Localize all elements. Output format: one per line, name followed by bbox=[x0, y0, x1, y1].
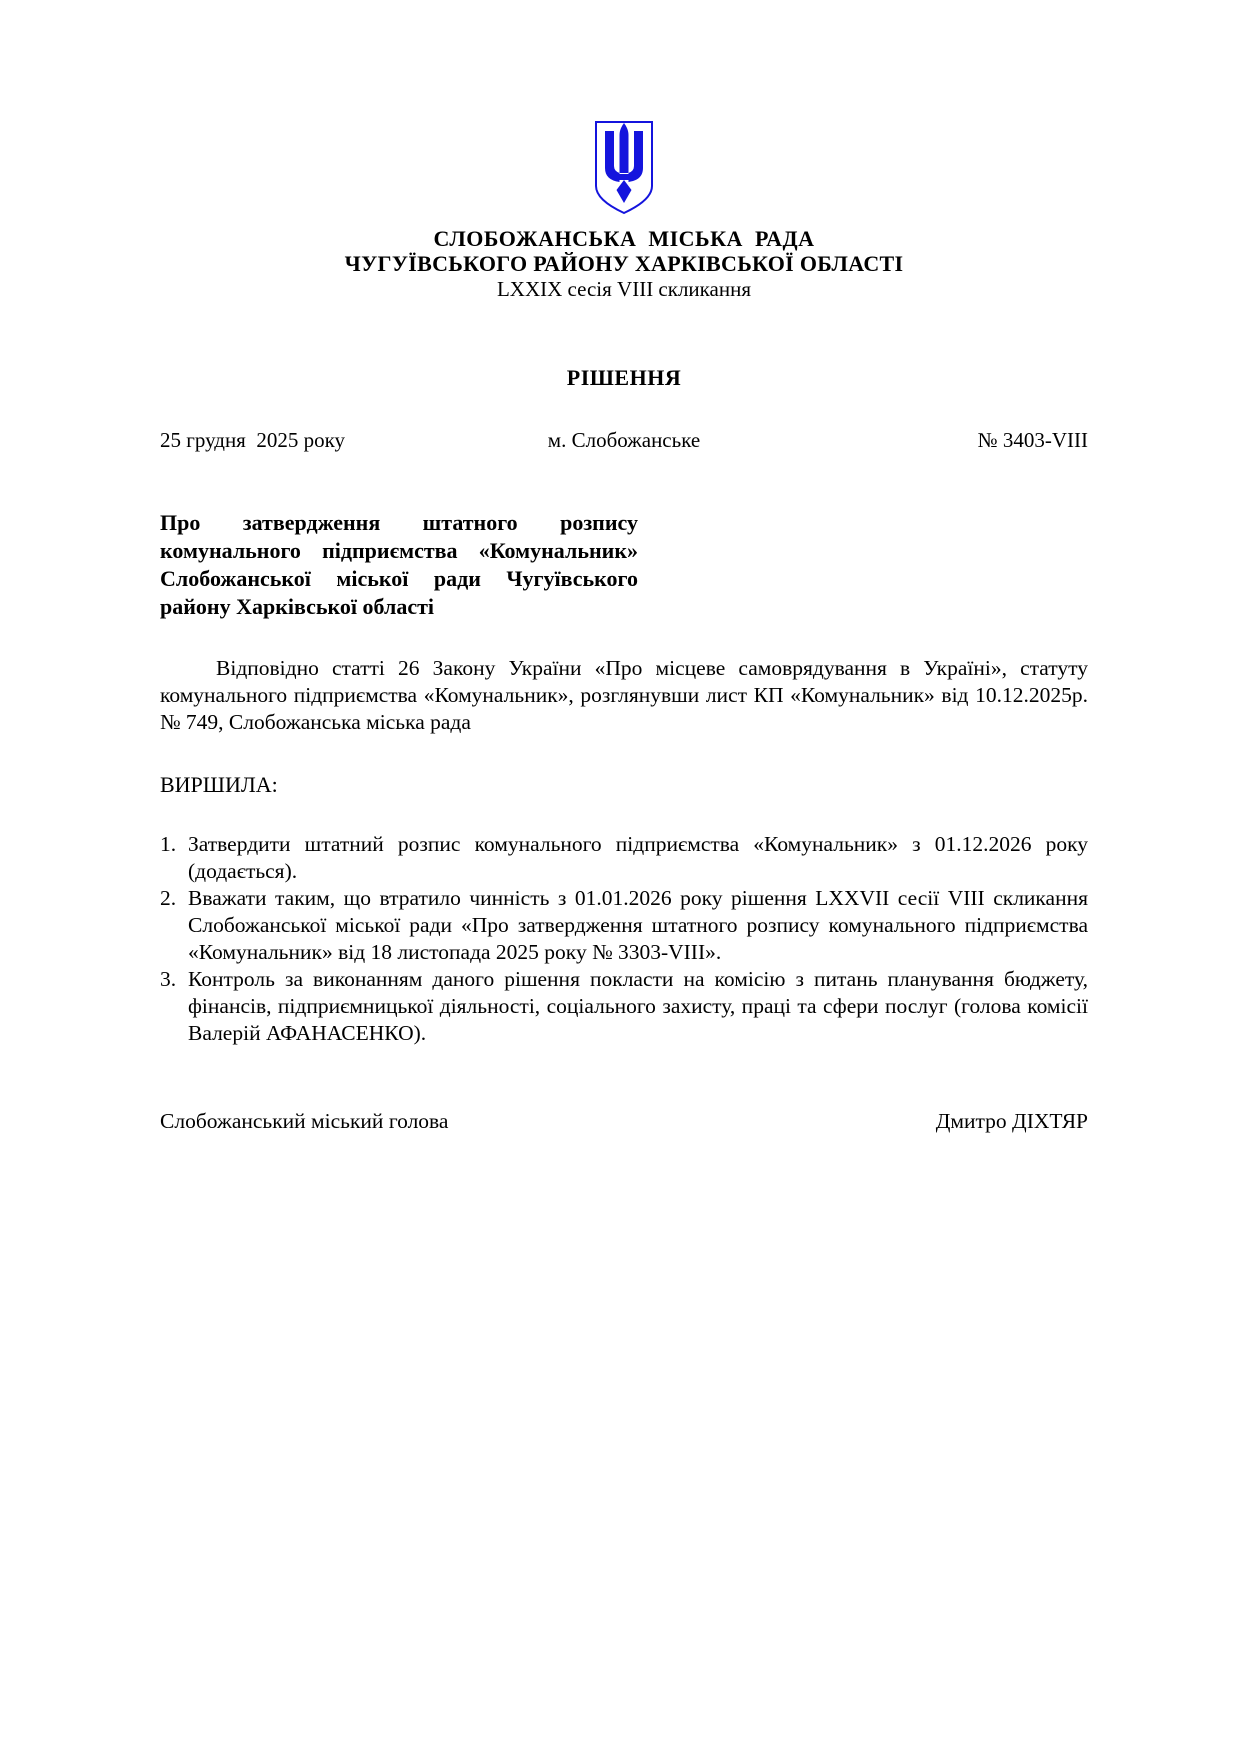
resolution-item-1: 1. Затвердити штатний розпис комунальног… bbox=[160, 831, 1088, 885]
org-name-line2: ЧУГУЇВСЬКОГО РАЙОНУ ХАРКІВСЬКОЇ ОБЛАСТІ bbox=[160, 251, 1088, 276]
document-page: СЛОБОЖАНСЬКА МІСЬКА РАДА ЧУГУЇВСЬКОГО РА… bbox=[0, 0, 1240, 1754]
item-text: Затвердити штатний розпис комунального п… bbox=[188, 831, 1088, 885]
org-header: СЛОБОЖАНСЬКА МІСЬКА РАДА ЧУГУЇВСЬКОГО РА… bbox=[160, 226, 1088, 302]
doc-place: м. Слобожанське bbox=[490, 428, 758, 453]
signer-name: Дмитро ДІХТЯР bbox=[936, 1109, 1088, 1134]
resolution-item-3: 3. Контроль за виконанням даного рішення… bbox=[160, 966, 1088, 1047]
subject-paragraph: Про затвердження штатного розпису комуна… bbox=[160, 509, 638, 621]
item-text: Контроль за виконанням даного рішення по… bbox=[188, 966, 1088, 1047]
preamble-paragraph: Відповідно статті 26 Закону України «Про… bbox=[160, 655, 1088, 736]
emblem-container bbox=[160, 120, 1088, 216]
session-line: LXXIX сесія VIII скликання bbox=[160, 277, 1088, 302]
resolved-label: ВИРШИЛА: bbox=[160, 772, 1088, 798]
meta-row: 25 грудня 2025 року м. Слобожанське № 34… bbox=[160, 428, 1088, 453]
resolution-list: 1. Затвердити штатний розпис комунальног… bbox=[160, 831, 1088, 1047]
resolution-item-2: 2. Вважати таким, що втратило чинність з… bbox=[160, 885, 1088, 966]
item-number: 1. bbox=[160, 831, 188, 885]
signature-row: Слобожанський міський голова Дмитро ДІХТ… bbox=[160, 1109, 1088, 1134]
tryzub-shield-icon bbox=[592, 120, 656, 216]
doc-number: № 3403-VIII bbox=[758, 428, 1088, 453]
item-number: 2. bbox=[160, 885, 188, 966]
item-number: 3. bbox=[160, 966, 188, 1047]
doc-type-title: РІШЕННЯ bbox=[160, 365, 1088, 391]
doc-date: 25 грудня 2025 року bbox=[160, 428, 490, 453]
item-text: Вважати таким, що втратило чинність з 01… bbox=[188, 885, 1088, 966]
org-name-line1: СЛОБОЖАНСЬКА МІСЬКА РАДА bbox=[160, 226, 1088, 251]
signer-position: Слобожанський міський голова bbox=[160, 1109, 448, 1134]
